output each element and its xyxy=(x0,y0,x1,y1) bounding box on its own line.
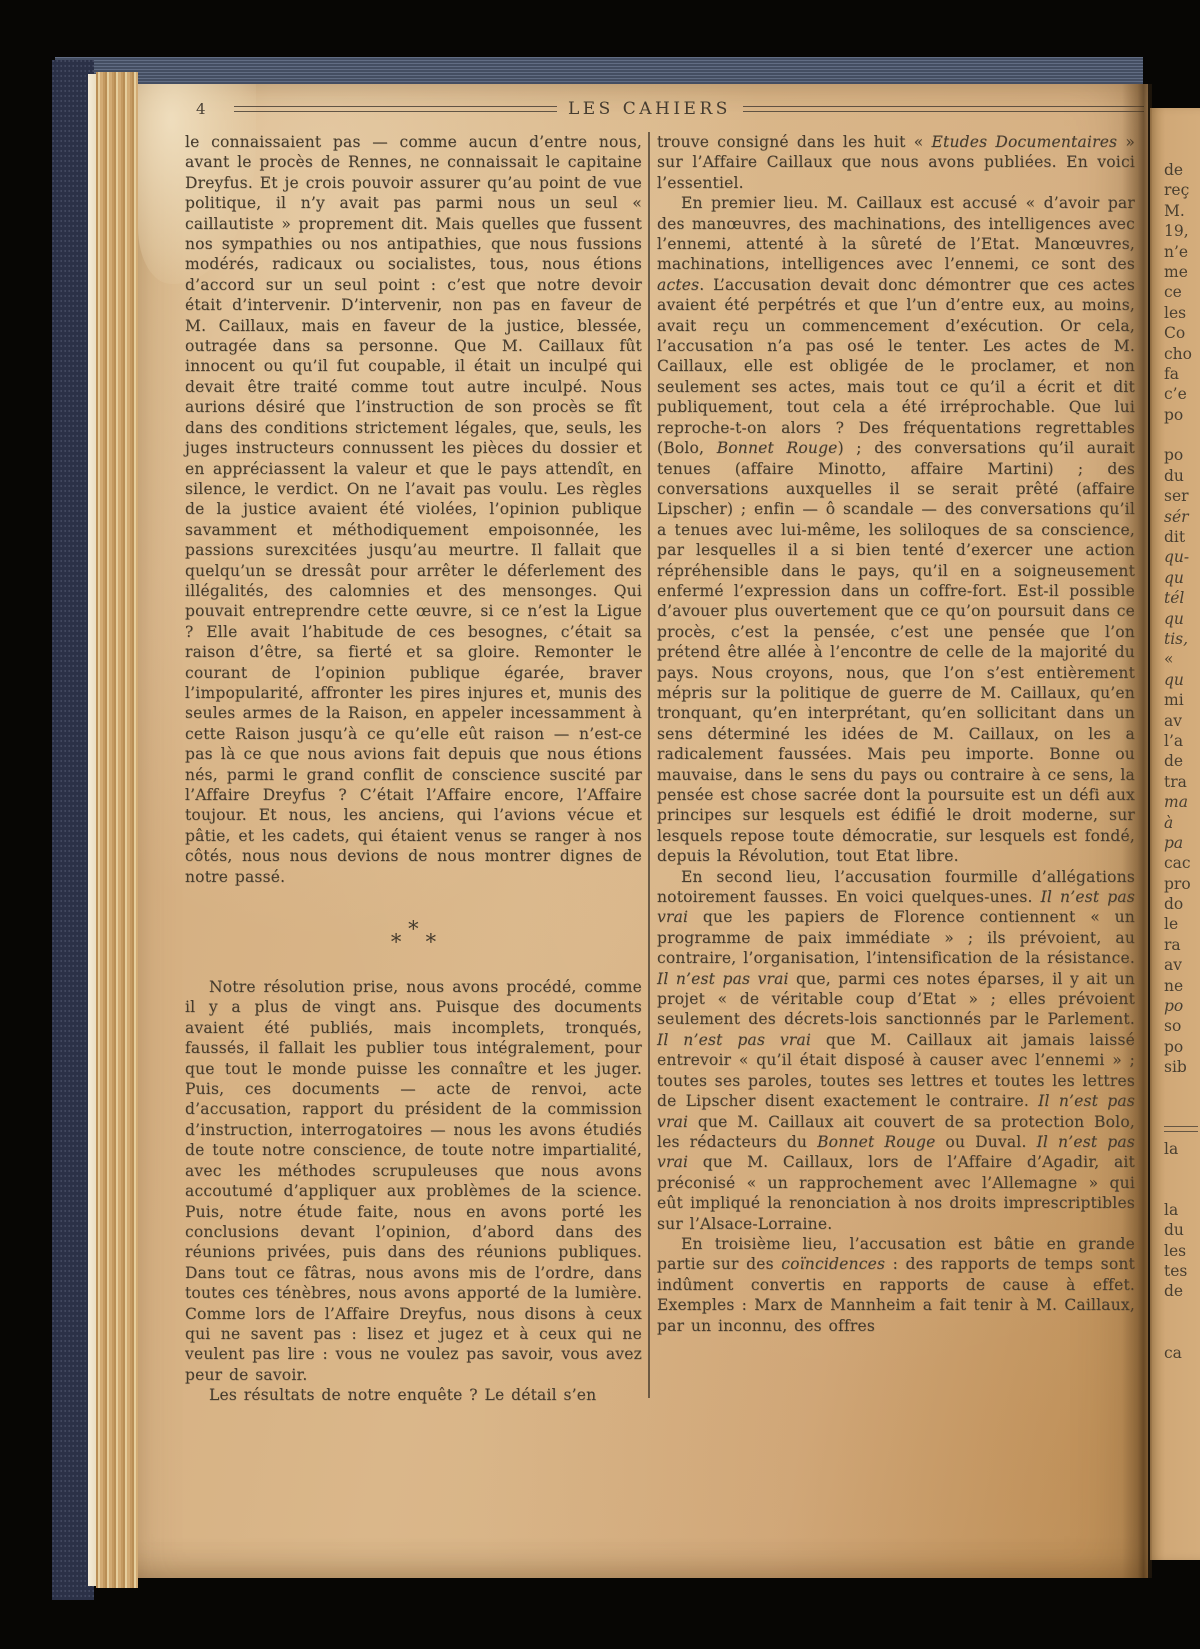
paragraph: Les résultats de notre enquête ? Le déta… xyxy=(185,1385,642,1405)
strip-fragment: ma xyxy=(1164,792,1200,812)
strip-fragment: l’a xyxy=(1164,731,1200,751)
strip-gap xyxy=(1164,1078,1200,1098)
text-segment: Il n’est pas vrai xyxy=(657,1031,811,1049)
strip-fragment: ra xyxy=(1164,935,1200,955)
strip-fragment: du xyxy=(1164,466,1200,486)
paragraph: En second lieu, l’accusation fourmille d… xyxy=(657,867,1135,1234)
text-segment: Il n’est pas vrai xyxy=(657,970,789,988)
strip-fragment: po xyxy=(1164,1037,1200,1057)
strip-rule xyxy=(1164,1118,1200,1138)
book-photo: 4 LES CAHIERS le connaissaient pas — com… xyxy=(0,0,1200,1649)
strip-gap xyxy=(1164,1302,1200,1322)
text-segment: le connaissaient pas — comme aucun d’ent… xyxy=(185,133,642,886)
strip-fragment: po xyxy=(1164,996,1200,1016)
strip-fragment: 19, xyxy=(1164,221,1200,241)
strip-fragment: qu xyxy=(1164,568,1200,588)
strip-gap xyxy=(1164,1322,1200,1342)
strip-fragment: la xyxy=(1164,1139,1200,1159)
strip-fragment: mi xyxy=(1164,690,1200,710)
strip-fragment: fa xyxy=(1164,364,1200,384)
paragraph: le connaissaient pas — comme aucun d’ent… xyxy=(185,132,642,887)
strip-fragment: de xyxy=(1164,751,1200,771)
strip-fragment: ne xyxy=(1164,976,1200,996)
page-header: 4 LES CAHIERS xyxy=(138,94,1148,124)
strip-fragment: pa xyxy=(1164,833,1200,853)
strip-fragment: reç xyxy=(1164,180,1200,200)
strip-fragment: av xyxy=(1164,955,1200,975)
strip-fragment: de xyxy=(1164,160,1200,180)
text-segment: Bonnet Rouge xyxy=(817,1133,935,1151)
strip-fragment: pro xyxy=(1164,874,1200,894)
text-segment: Notre résolution prise, nous avons procé… xyxy=(185,978,642,1384)
paragraph: En premier lieu. M. Caillaux est accusé … xyxy=(657,193,1135,866)
strip-fragment: tis, xyxy=(1164,629,1200,649)
paragraph: Notre résolution prise, nous avons procé… xyxy=(185,977,642,1385)
strip-fragment: qu- xyxy=(1164,547,1200,567)
journal-title: LES CAHIERS xyxy=(568,99,731,119)
text-segment: que M. Caillaux, lors de l’Affaire d’Aga… xyxy=(657,1153,1135,1232)
text-segment: ) ; des conversations qu’il aurait tenue… xyxy=(657,439,1135,865)
text-segment: coïncidences xyxy=(781,1255,885,1273)
text-segment: Etudes Documentaires xyxy=(932,133,1118,151)
strip-fragment: c’e xyxy=(1164,384,1200,404)
strip-fragment: M. xyxy=(1164,201,1200,221)
strip-fragment: la xyxy=(1164,1200,1200,1220)
asterism-bottom: * * xyxy=(383,936,444,949)
strip-fragment: so xyxy=(1164,1016,1200,1036)
paragraph: En troisième lieu, l’accusation est bâti… xyxy=(657,1234,1135,1336)
text-segment: que les papiers de Florence contiennent … xyxy=(657,908,1135,967)
strip-fragment: les xyxy=(1164,1241,1200,1261)
strip-fragment: dit xyxy=(1164,527,1200,547)
strip-fragment: do xyxy=(1164,894,1200,914)
next-page-text-fragments: dereçM.19,n’emecelesCochofac’epopodusers… xyxy=(1164,160,1200,1550)
page-number: 4 xyxy=(196,100,206,118)
column-left-bottom: Notre résolution prise, nous avons procé… xyxy=(185,977,642,1406)
strip-fragment: à xyxy=(1164,813,1200,833)
strip-fragment: cho xyxy=(1164,344,1200,364)
strip-fragment: sib xyxy=(1164,1057,1200,1077)
strip-fragment: po xyxy=(1164,405,1200,425)
strip-fragment: n’e xyxy=(1164,242,1200,262)
text-segment: ou Duval. xyxy=(935,1133,1036,1151)
strip-fragment: du xyxy=(1164,1220,1200,1240)
strip-gap xyxy=(1164,1180,1200,1200)
strip-gap xyxy=(1164,1159,1200,1179)
text-segment: Bonnet Rouge xyxy=(717,439,838,457)
column-right: trouve consigné dans les huit « Etudes D… xyxy=(657,132,1135,1336)
column-left: le connaissaient pas — comme aucun d’ent… xyxy=(185,132,642,1406)
strip-fragment: po xyxy=(1164,445,1200,465)
paragraph: trouve consigné dans les huit « Etudes D… xyxy=(657,132,1135,193)
text-segment: trouve consigné dans les huit « xyxy=(657,133,932,151)
strip-fragment: cac xyxy=(1164,853,1200,873)
asterism: * * * xyxy=(185,887,642,977)
header-rule-left xyxy=(234,106,557,112)
strip-fragment: tra xyxy=(1164,772,1200,792)
next-page-strip: dereçM.19,n’emecelesCochofac’epopodusers… xyxy=(1150,108,1200,1560)
strip-fragment: tes xyxy=(1164,1261,1200,1281)
strip-fragment: ce xyxy=(1164,282,1200,302)
book-page: 4 LES CAHIERS le connaissaient pas — com… xyxy=(138,84,1148,1578)
strip-gap xyxy=(1164,1098,1200,1118)
strip-fragment: qu xyxy=(1164,670,1200,690)
gutter-fold-shadow xyxy=(1122,84,1152,1578)
text-segment: . L’accusation devait donc démontrer que… xyxy=(657,276,1135,457)
strip-fragment: le xyxy=(1164,914,1200,934)
strip-fragment: « xyxy=(1164,649,1200,669)
strip-fragment: ca xyxy=(1164,1343,1200,1363)
column-left-top: le connaissaient pas — comme aucun d’ent… xyxy=(185,132,642,887)
strip-fragment: Co xyxy=(1164,323,1200,343)
page-edges-stack xyxy=(96,72,138,1588)
strip-fragment: de xyxy=(1164,1281,1200,1301)
text-segment: Les résultats de notre enquête ? Le déta… xyxy=(209,1386,596,1404)
strip-fragment: sér xyxy=(1164,507,1200,527)
strip-fragment: ser xyxy=(1164,486,1200,506)
text-segment: En premier lieu. M. Caillaux est accusé … xyxy=(657,194,1135,273)
strip-fragment: qu xyxy=(1164,609,1200,629)
strip-fragment: av xyxy=(1164,711,1200,731)
strip-gap xyxy=(1164,425,1200,445)
header-rule-right xyxy=(743,106,1144,112)
strip-fragment: me xyxy=(1164,262,1200,282)
text-segment: actes xyxy=(657,276,699,294)
column-divider xyxy=(648,132,650,1398)
strip-fragment: les xyxy=(1164,303,1200,323)
strip-fragment: tél xyxy=(1164,588,1200,608)
